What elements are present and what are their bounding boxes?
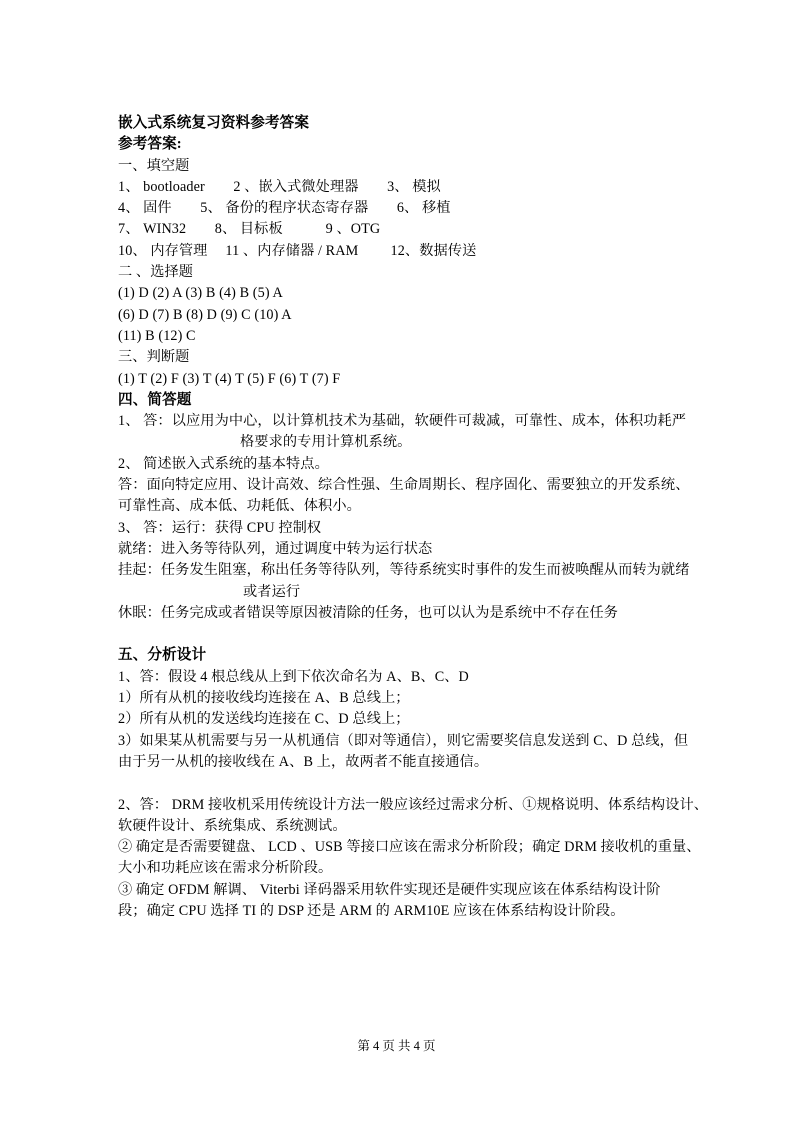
doc-line: 段；确定 CPU 选择 TI 的 DSP 还是 ARM 的 ARM10E 应该在…	[118, 901, 678, 922]
document-title: 嵌入式系统复习资料参考答案	[118, 113, 678, 134]
section-5-heading: 五、分析设计	[118, 645, 678, 666]
doc-line: (11) B (12) C	[118, 326, 678, 347]
doc-line: 可靠性高、成本低、功耗低、体积小。	[118, 496, 678, 517]
answers-heading: 参考答案:	[118, 134, 678, 155]
document-body: 嵌入式系统复习资料参考答案参考答案:一、填空题1、 bootloader 2 、…	[118, 113, 678, 922]
section-1-heading: 一、填空题	[118, 156, 678, 177]
doc-line: 7、 WIN32 8、 目标板 9 、OTG	[118, 219, 678, 240]
doc-line: (1) D (2) A (3) B (4) B (5) A	[118, 283, 678, 304]
doc-line: 答：面向特定应用、设计高效、综合性强、生命周期长、程序固化、需要独立的开发系统、	[118, 475, 678, 496]
doc-line: 1、答：假设 4 根总线从上到下依次命名为 A、B、C、D	[118, 667, 678, 688]
doc-line: 大小和功耗应该在需求分析阶段。	[118, 858, 678, 879]
section-2-heading: 二 、选择题	[118, 262, 678, 283]
doc-line: 休眠：任务完成或者错误等原因被清除的任务，也可以认为是系统中不存在任务	[118, 603, 678, 624]
doc-line: 2、 简述嵌入式系统的基本特点。	[118, 454, 678, 475]
doc-line: 1、 bootloader 2 、嵌入式微处理器 3、 模拟	[118, 177, 678, 198]
doc-line: ② 确定是否需要键盘、 LCD 、USB 等接口应该在需求分析阶段；确定 DRM…	[118, 837, 678, 858]
doc-line: ③ 确定 OFDM 解调、 Viterbi 译码器采用软件实现还是硬件实现应该在…	[118, 880, 678, 901]
doc-line: 由于另一从机的接收线在 A、B 上，故两者不能直接通信。	[118, 752, 678, 773]
doc-line: 1、 答：以应用为中心，以计算机技术为基础，软硬件可裁减，可靠性、成本，体积功耗…	[118, 411, 678, 432]
doc-line: 10、 内存管理 11 、内存储器 / RAM 12、数据传送	[118, 241, 678, 262]
doc-line: 就绪：进入务等待队列，通过调度中转为运行状态	[118, 539, 678, 560]
doc-line: 或者运行	[243, 582, 678, 603]
page-number: 第 4 页 共 4 页	[0, 1038, 793, 1054]
doc-line: 2）所有从机的发送线均连接在 C、D 总线上；	[118, 709, 678, 730]
doc-line: 格要求的专用计算机系统。	[240, 432, 678, 453]
document-page: 嵌入式系统复习资料参考答案参考答案:一、填空题1、 bootloader 2 、…	[0, 0, 793, 1122]
doc-line: (1) T (2) F (3) T (4) T (5) F (6) T (7) …	[118, 369, 678, 390]
section-4-heading: 四、简答题	[118, 390, 678, 411]
doc-line: 4、 固件 5、 备份的程序状态寄存器 6、 移植	[118, 198, 678, 219]
doc-line: 2、答： DRM 接收机采用传统设计方法一般应该经过需求分析、①规格说明、体系结…	[118, 795, 678, 816]
section-3-heading: 三、判断题	[118, 347, 678, 368]
doc-line: 挂起：任务发生阻塞，称出任务等待队列，等待系统实时事件的发生而被唤醒从而转为就绪	[118, 560, 678, 581]
doc-line: 3、 答：运行：获得 CPU 控制权	[118, 518, 678, 539]
doc-line	[118, 624, 678, 645]
doc-line: 软硬件设计、系统集成、系统测试。	[118, 816, 678, 837]
doc-line	[118, 773, 678, 794]
doc-line: 1）所有从机的接收线均连接在 A、B 总线上；	[118, 688, 678, 709]
doc-line: (6) D (7) B (8) D (9) C (10) A	[118, 305, 678, 326]
doc-line: 3）如果某从机需要与另一从机通信（即对等通信），则它需要奖信息发送到 C、D 总…	[118, 731, 678, 752]
